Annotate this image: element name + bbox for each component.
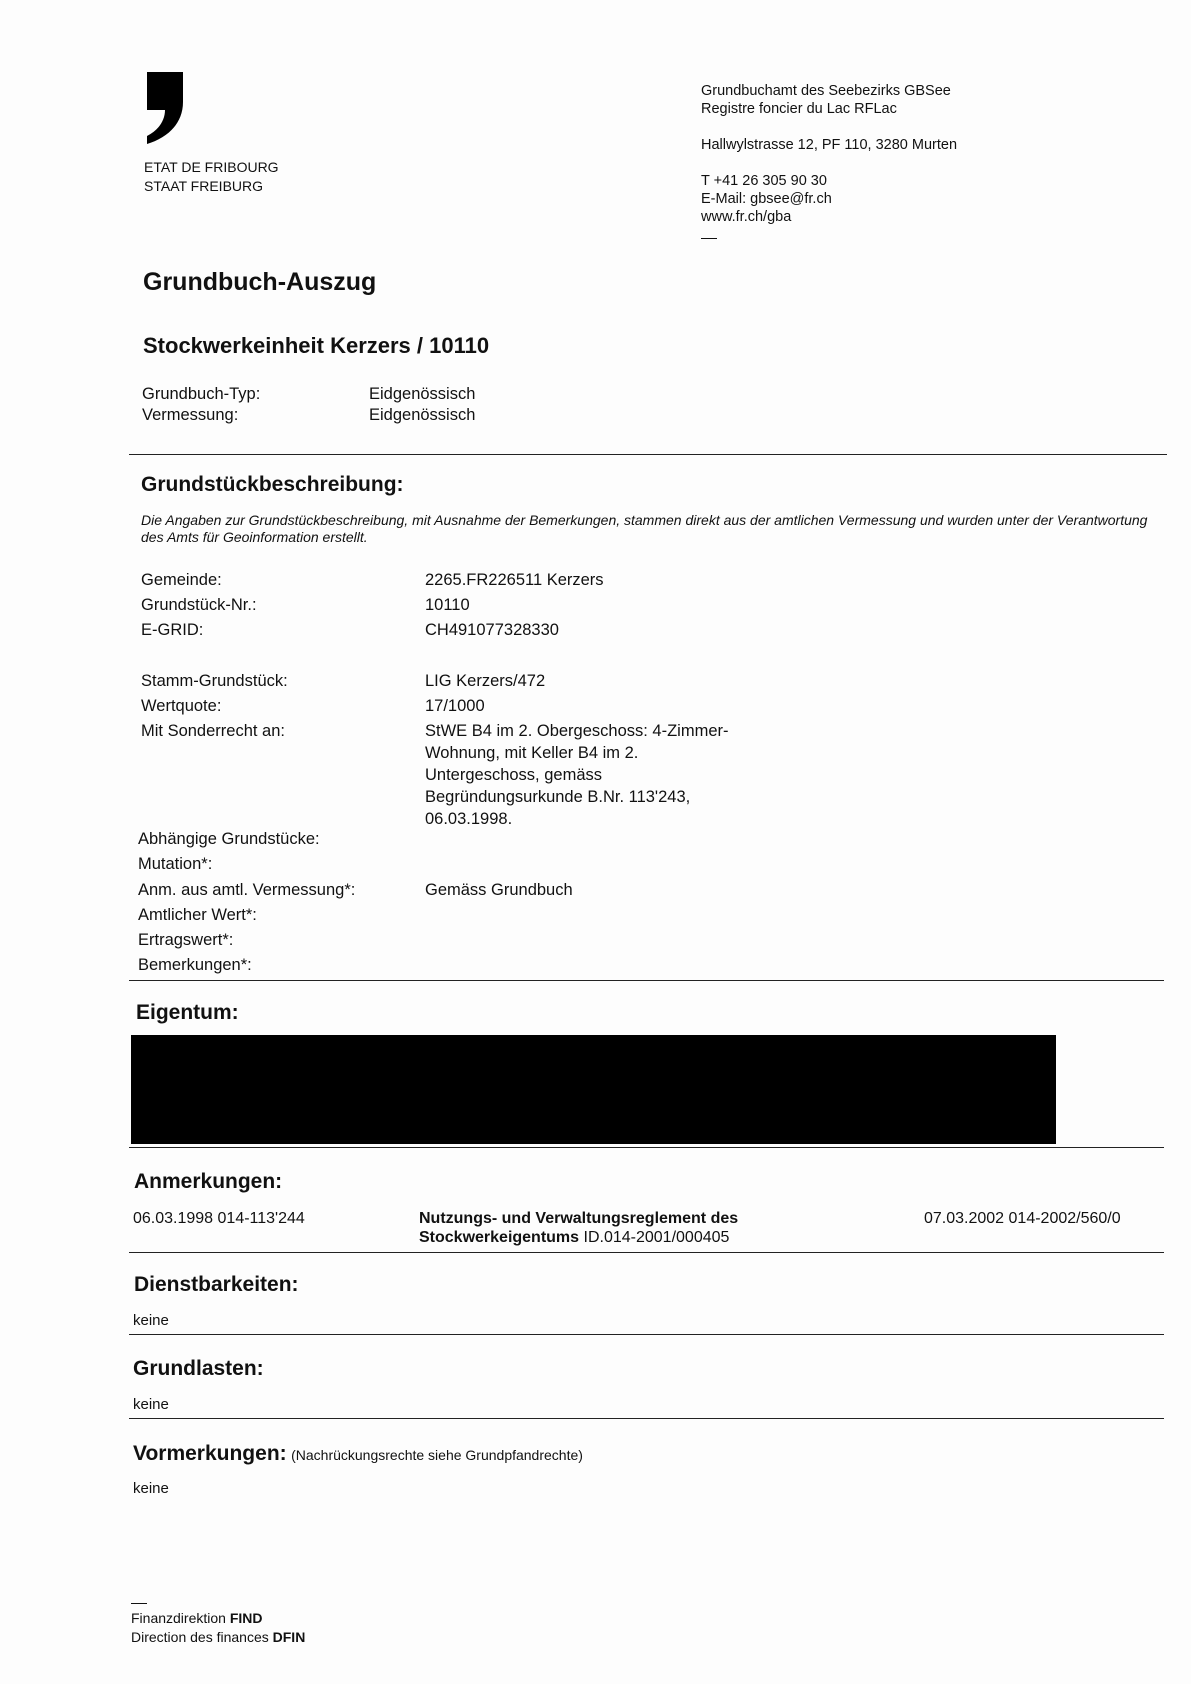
priority-notices-note: (Nachrückungsrechte siehe Grundpfandrech… (291, 1447, 583, 1463)
annotation-title: Nutzungs- und Verwaltungsreglement des (419, 1209, 738, 1228)
field-label: Grundbuch-Typ: (142, 384, 260, 404)
field-value: 2265.FR226511 Kerzers (425, 570, 604, 590)
unit-title: Stockwerkeinheit Kerzers / 10110 (143, 333, 489, 359)
field-label: Anm. aus amtl. Vermessung*: (138, 880, 355, 900)
field-value: 17/1000 (425, 696, 485, 716)
field-value: CH491077328330 (425, 620, 559, 640)
easements-value: keine (133, 1312, 169, 1329)
field-label: Mit Sonderrecht an: (141, 721, 285, 741)
document-title: Grundbuch-Auszug (143, 268, 376, 297)
field-label: E-GRID: (141, 620, 203, 640)
canton-logo-icon (145, 72, 185, 144)
field-value: Begründungsurkunde B.Nr. 113'243, (425, 787, 690, 807)
section-divider (129, 980, 1164, 981)
description-note: Die Angaben zur Grundstückbeschreibung, … (141, 512, 1151, 546)
section-heading-land-charges: Grundlasten: (133, 1357, 264, 1381)
section-divider (129, 1418, 1164, 1419)
field-value: LIG Kerzers/472 (425, 671, 545, 691)
footer-line-de: Finanzdirektion (131, 1610, 230, 1626)
sender-phone: T +41 26 305 90 30 (701, 172, 957, 190)
field-label: Grundstück-Nr.: (141, 595, 257, 615)
sender-office-fr: Registre foncier du Lac RFLac (701, 100, 957, 118)
field-label: Amtlicher Wert*: (138, 905, 257, 925)
field-value: Gemäss Grundbuch (425, 880, 573, 900)
field-value: StWE B4 im 2. Obergeschoss: 4-Zimmer- (425, 721, 729, 741)
field-value: 10110 (425, 595, 470, 615)
field-value: Wohnung, mit Keller B4 im 2. (425, 743, 638, 763)
footer-abbr-de: FIND (230, 1610, 263, 1626)
divider-dash (131, 1603, 147, 1604)
issuer-name: ETAT DE FRIBOURG STAAT FREIBURG (144, 158, 279, 196)
field-label: Bemerkungen*: (138, 955, 252, 975)
section-heading-description: Grundstückbeschreibung: (141, 473, 404, 497)
section-divider (129, 454, 1167, 455)
field-value: Untergeschoss, gemäss (425, 765, 602, 785)
priority-notices-value: keine (133, 1480, 169, 1497)
section-divider (129, 1147, 1164, 1148)
field-value: 06.03.1998. (425, 809, 512, 829)
field-label: Vermessung: (142, 405, 238, 425)
footer-department: Finanzdirektion FIND Direction des finan… (131, 1590, 305, 1647)
field-label: Abhängige Grundstücke: (138, 829, 320, 849)
footer-line-fr: Direction des finances (131, 1629, 273, 1645)
org-line-fr: ETAT DE FRIBOURG (144, 158, 279, 177)
land-charges-value: keine (133, 1396, 169, 1413)
field-label: Gemeinde: (141, 570, 222, 590)
section-divider (129, 1334, 1164, 1335)
section-heading-priority-notices: Vormerkungen: (133, 1442, 287, 1465)
annotation-title: Stockwerkeigentums (419, 1229, 579, 1246)
field-label: Wertquote: (141, 696, 221, 716)
field-label: Mutation*: (138, 854, 212, 874)
org-line-de: STAAT FREIBURG (144, 177, 279, 196)
sender-address-block: Grundbuchamt des Seebezirks GBSee Regist… (701, 82, 957, 244)
field-label: Stamm-Grundstück: (141, 671, 288, 691)
section-heading-ownership: Eigentum: (136, 1001, 239, 1025)
sender-website: www.fr.ch/gba (701, 208, 957, 226)
annotation-id: ID.014-2001/000405 (584, 1229, 730, 1246)
field-value: Eidgenössisch (369, 384, 475, 404)
sender-address: Hallwylstrasse 12, PF 110, 3280 Murten (701, 136, 957, 154)
field-label: Ertragswert*: (138, 930, 233, 950)
annotation-ref: 06.03.1998 014-113'244 (133, 1209, 305, 1228)
priority-notices-heading-row: Vormerkungen: (Nachrückungsrechte siehe … (133, 1442, 583, 1466)
annotation-date-ref: 07.03.2002 014-2002/560/0 (924, 1209, 1121, 1228)
footer-abbr-fr: DFIN (273, 1629, 306, 1645)
field-value: Eidgenössisch (369, 405, 475, 425)
section-heading-annotations: Anmerkungen: (134, 1170, 282, 1194)
redacted-ownership-block (131, 1035, 1056, 1144)
divider-dash (701, 238, 717, 239)
section-heading-easements: Dienstbarkeiten: (134, 1273, 299, 1297)
sender-email: E-Mail: gbsee@fr.ch (701, 190, 957, 208)
section-divider (129, 1252, 1164, 1253)
sender-office-de: Grundbuchamt des Seebezirks GBSee (701, 82, 957, 100)
